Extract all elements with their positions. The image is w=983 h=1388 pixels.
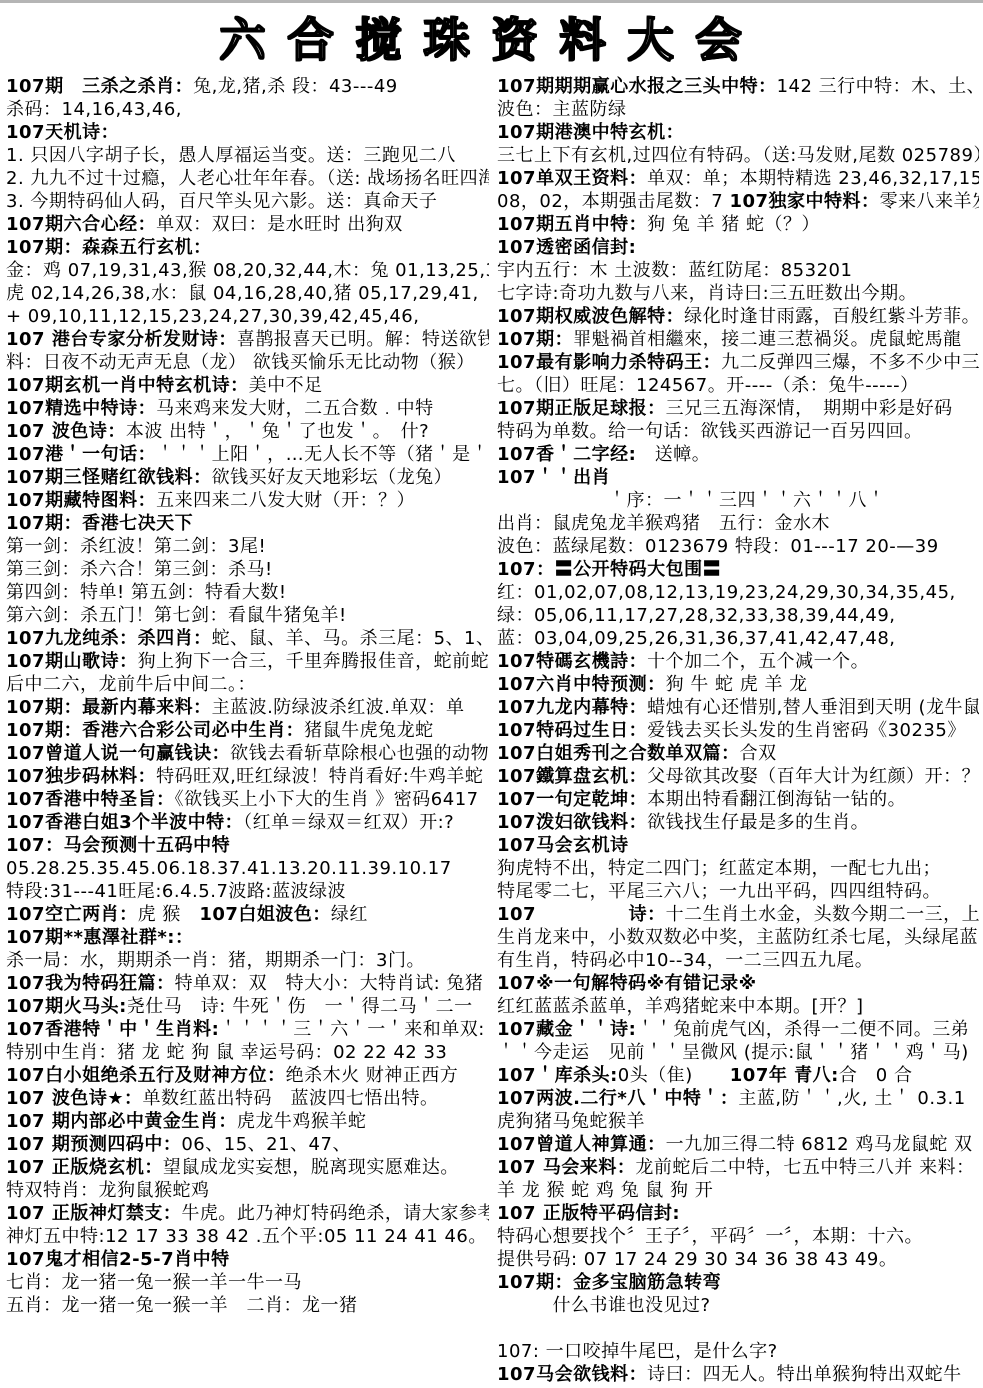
line-heading: 107 波色诗： [6, 421, 126, 442]
line-text: 绿化时逢甘雨露，百般红紫斗芳菲。 [684, 306, 979, 327]
line-text: 美中不足 [249, 375, 323, 396]
text-line: 107期权威波色解特：绿化时逢甘雨露，百般红紫斗芳菲。 [497, 305, 979, 328]
text-line: 107期 三杀之杀肖：兔,龙,猪,杀 段：43---49 [6, 75, 489, 98]
line-heading: 107 期预测四码中： [6, 1134, 181, 1155]
line-heading: 107九龙纯杀：杀四肖： [6, 628, 212, 649]
text-line: 107期：最新内幕来料：主蓝波.防绿波杀红波.单双：单 [6, 696, 489, 719]
line-text: 九二反弹四三爆，不多不少中三 [721, 352, 979, 373]
line-heading: 107 正版烧玄机： [6, 1157, 163, 1178]
line-heading: 107九龙内幕特： [497, 697, 647, 718]
text-line: 107白小姐绝杀五行及财神方位：绝杀木火 财神正西方 [6, 1064, 489, 1087]
line-heading: 107期 三杀之杀肖： [6, 76, 193, 97]
line-text: 合双 [740, 743, 777, 764]
text-line: 107两波.二行*八＇中特＇：主蓝,防＇＇,火, 土＇ 0.3.1 [497, 1087, 979, 1110]
line-text: 绝杀木火 财神正西方 [286, 1065, 459, 1086]
line-heading: 107香港白姐3个半波中特： [6, 812, 243, 833]
text-line: 生肖龙来中，小数双数必中奖，主蓝防红杀七尾，头绿尾蓝 [497, 926, 979, 949]
line-text: 特别中生肖：猪 龙 蛇 狗 鼠 幸运号码：02 22 42 33 [6, 1042, 447, 1063]
line-heading: 107曾道人神算通： [497, 1134, 666, 1155]
line-text: 狗上狗下一合三，千里奔腾报佳音，蛇前蛇 [138, 651, 489, 672]
line-text: 142 三行中特：木、土、金 [777, 76, 979, 97]
line-text: 欲钱找生仔最是多的生肖。 [647, 812, 869, 833]
line-text: 特码旺双,旺红绿波！特肖看好:牛鸡羊蛇 [156, 766, 483, 787]
text-line: 107 期内部必中黄金生肖：虎龙牛鸡猴羊蛇 [6, 1110, 489, 1133]
text-line: 红：01,02,07,08,12,13,19,23,24,29,30,34,35… [497, 581, 979, 604]
line-text: 3. 今期特码仙人码，百尺竿头见六影。送：真命天子 [6, 191, 437, 212]
text-line: 107期港澳中特玄机： [497, 121, 979, 144]
line-text: 特码为单数。给一句话：欲钱买西游记一百另四回。 [497, 421, 923, 442]
line-heading: 107：〓公开特码大包围〓 [497, 559, 721, 580]
text-line: 107期期期赢心水报之三头中特：142 三行中特：木、土、金 [497, 75, 979, 98]
line-text: 杀码：14,16,43,46, [6, 99, 182, 120]
text-line: 107港＇一句话：＇＇＇上阳＇，…无人长不等（猪＇是＇） [6, 443, 489, 466]
line-text: 五肖：龙一猪一兔一猴一羊 二肖：龙一猪 [6, 1295, 358, 1316]
text-line: 107特码过生日：爱钱去买长头发的生肖密码《30235》 [497, 719, 979, 742]
line-text: 有生肖，特码必中10--34，一二三四五九尾。 [497, 950, 873, 971]
line-text: 虎狗猪马兔蛇猴羊 [497, 1111, 645, 1132]
line-heading: 107白姐秀刊之合数单双篇： [497, 743, 740, 764]
text-line: 107期山歌诗：狗上狗下一合三，千里奔腾报佳音，蛇前蛇 [6, 650, 489, 673]
text-line: 107香港中特圣旨：《欲钱买上小下大的生肖 》密码6417 [6, 788, 489, 811]
text-line: 第四剑：特单! 第五剑：特看大数! [6, 581, 489, 604]
line-text: 欲钱去看斩草除根心也强的动物。 [230, 743, 489, 764]
text-line: 107马会欲钱料：诗曰：四无人。特出单猴狗特出双蛇牛 [497, 1363, 979, 1386]
line-heading: 107 港台专家分析发财诗： [6, 329, 237, 350]
line-heading: 107期： [497, 329, 573, 350]
text-line: 107一句定乾坤：本期出特看翻江倒海钻一钻的。 [497, 788, 979, 811]
text-line: 后中二六，龙前牛后中间二。： [6, 673, 489, 696]
text-line: 107期**惠澤社群*:： [6, 926, 489, 949]
line-text: 本波 出特＇，＇兔＇了也发＇。 什? [126, 421, 429, 442]
text-line: 107泼妇欲钱料：欲钱找生仔最是多的生肖。 [497, 811, 979, 834]
line-text: 2. 九九不过十过瘾，人老心壮年年春。（送: 战场扬名旺四海） [6, 168, 489, 189]
text-line: 107香港特＇中＇生肖料:＇＇＇＇三＇六＇一＇来和单双: 单 [6, 1018, 489, 1041]
line-text: 宇内五行：木 土波数：蓝红防尾：853201 [497, 260, 852, 281]
text-line: 107: 一口咬掉牛尾巴，是什么字? [497, 1340, 979, 1363]
line-heading: 107期正版足球报： [497, 398, 666, 419]
text-line: 107最有影响力杀特码王：九二反弹四三爆，不多不少中三 [497, 351, 979, 374]
line-heading: 107两波.二行*八＇中特＇： [497, 1088, 738, 1109]
line-text: 特双特肖：龙狗鼠猴蛇鸡 [6, 1180, 210, 1201]
line-heading: 107期藏特图料： [6, 490, 156, 511]
line-text: 尧仕马 诗: 牛死＇伤 一＇得二马＇二一 [127, 996, 473, 1017]
text-line: 羊 龙 猴 蛇 鸡 兔 鼠 狗 开 [497, 1179, 979, 1202]
line-heading: 107香港中特圣旨： [6, 789, 175, 810]
line-text: 第一剑：杀红波！第二剑：3尾! [6, 536, 266, 557]
text-line: 五肖：龙一猪一兔一猴一羊 二肖：龙一猪 [6, 1294, 489, 1317]
line-heading: 107白小姐绝杀五行及财神方位： [6, 1065, 286, 1086]
text-line: 107六肖中特预测：狗 牛 蛇 虎 羊 龙 [497, 673, 979, 696]
text-line: 特段:31---41旺尾:6.4.5.7波路:蓝波绿波 [6, 880, 489, 903]
line-heading: 107期：森森五行玄机： [6, 237, 212, 258]
line-heading: 107＇库杀头: [497, 1065, 618, 1086]
line-text: 05.28.25.35.45.06.18.37.41.13.20.11.39.1… [6, 858, 452, 879]
line-heading: 107：马会预测十五码中特 [6, 835, 230, 856]
line-heading: 107＇＇出肖 [497, 467, 610, 488]
line-text: 罪魁禍首相繼來，接二連三惹禍災。虎鼠蛇馬龍 [573, 329, 962, 350]
line-heading: 107期五肖中特： [497, 214, 647, 235]
text-line: 特码心想要找个〞王子〞，平码〞一〞，本期：十六。 [497, 1225, 979, 1248]
line-text: ＇＇兔前虎气凶，杀得一二便不同。三弟 [636, 1019, 969, 1040]
text-line: 宇内五行：木 土波数：蓝红防尾：853201 [497, 259, 979, 282]
text-line: 七肖：龙一猪一兔一猴一羊一牛一马 [6, 1271, 489, 1294]
text-line: 107 正版神灯禁支：牛虎。此乃神灯特码绝杀，请大家参考! [6, 1202, 489, 1225]
text-line: 107曾道人神算通：一九加三得二特 6812 鸡马龙鼠蛇 双 [497, 1133, 979, 1156]
text-line: 107期六合心经：单双：双曰：是水旺时 出狗双 [6, 213, 489, 236]
line-text: 生肖龙来中，小数双数必中奖，主蓝防红杀七尾，头绿尾蓝 [497, 927, 978, 948]
text-line: 料：日夜不动无声无息（龙） 欲钱买愉乐无比动物（猴） [6, 351, 489, 374]
line-text: 单数红蓝出特码 蓝波四七悟出特。 [142, 1088, 438, 1109]
text-line: 107 波色诗：本波 出特＇，＇兔＇了也发＇。 什? [6, 420, 489, 443]
line-text: ＇＇＇＇三＇六＇一＇来和单双: 单 [219, 1019, 489, 1040]
line-text: 父母欲其改娶（百年大计为红颜）开：？ [647, 766, 979, 787]
text-line: 107 正版烧玄机：望鼠成龙实妄想，脱离现实愿难达。 [6, 1156, 489, 1179]
line-text: 七字诗:奇功九数与八来，肖诗曰:三五旺数出今期。 [497, 283, 917, 304]
text-line: 107单双王资料：单双：单；本期特精选 23,46,32,17,15, [497, 167, 979, 190]
line-heading: 107 马会来料： [497, 1157, 635, 1178]
line-text: 三兄三五海深情， 期期中彩是好码 [666, 398, 953, 419]
text-line [497, 1317, 979, 1340]
text-line: 107鬼才相信2-5-7肖中特 [6, 1248, 489, 1271]
line-heading: 107曾道人说一句赢钱诀： [6, 743, 230, 764]
text-line: 107 马会来料：龙前蛇后二中特，七五中特三八并 来料： [497, 1156, 979, 1179]
line-text: 七。（旧）旺尾：124567。开----（杀：兔牛-----） [497, 375, 919, 396]
line-text: + 09,10,11,12,15,23,24,27,30,39,42,45,46… [6, 306, 419, 327]
line-text: ＇＇＇上阳＇，…无人长不等（猪＇是＇） [156, 444, 489, 465]
line-heading: 107泼妇欲钱料： [497, 812, 647, 833]
text-line: 杀一局：水，期期杀一肖：猪，期期杀一门：3门。 [6, 949, 489, 972]
text-line: 什么书谁也没见过? [497, 1294, 979, 1317]
tipsheet-page: 六合搅珠资料大会 107期 三杀之杀肖：兔,龙,猪,杀 段：43---49杀码：… [0, 0, 983, 1388]
text-line: 107期正版足球报：三兄三五海深情， 期期中彩是好码 [497, 397, 979, 420]
text-line: 107白姐秀刊之合数单双篇：合双 [497, 742, 979, 765]
line-text: 绿红 [331, 904, 368, 925]
text-line: 提供号码: 07 17 24 29 30 34 36 38 43 49。 [497, 1248, 979, 1271]
text-line: 107特碼玄機詩：十个加二个，五个减一个。 [497, 650, 979, 673]
line-text: 单双：单；本期特精选 23,46,32,17,15, [647, 168, 979, 189]
line-heading: 107港＇一句话： [6, 444, 156, 465]
text-line: 蓝：03,04,09,25,26,31,36,37,41,42,47,48, [497, 627, 979, 650]
line-text: 《欲钱买上小下大的生肖 》密码6417 [175, 789, 479, 810]
text-line: 波色：主蓝防绿 [497, 98, 979, 121]
line-text: 望鼠成龙实妄想，脱离现实愿难达。 [163, 1157, 459, 1178]
text-line: 3. 今期特码仙人码，百尺竿头见六影。送：真命天子 [6, 190, 489, 213]
line-text: 提供号码: 07 17 24 29 30 34 36 38 43 49。 [497, 1249, 897, 1270]
line-text: 蛇、鼠、羊、马。杀三尾：5、1、8。 [212, 628, 489, 649]
text-line: 05.28.25.35.45.06.18.37.41.13.20.11.39.1… [6, 857, 489, 880]
line-heading: 107藏金＇＇诗: [497, 1019, 636, 1040]
text-line: 107曾道人说一句赢钱诀：欲钱去看斩草除根心也强的动物。 [6, 742, 489, 765]
line-text: 马来鸡来发大财，二五合数﹒中特 [156, 398, 434, 419]
line-text: 龙前蛇后二中特，七五中特三八并 来料： [635, 1157, 974, 1178]
line-text: 第六剑：杀五门！第七剑：看鼠牛猪兔羊! [6, 605, 347, 626]
line-text: 牛虎。此乃神灯特码绝杀，请大家参考! [181, 1203, 489, 1224]
line-text: 料：日夜不动无声无息（龙） 欲钱买愉乐无比动物（猴） [6, 352, 475, 373]
line-heading: 107期六合心经： [6, 214, 156, 235]
line-text: 神灯五中特:12 17 33 38 42 .五个平:05 11 24 41 46… [6, 1226, 487, 1247]
line-text: 虎 02,14,26,38,水：鼠 04,16,28,40,猪 05,17,29… [6, 283, 479, 304]
line-text: 爱钱去买长头发的生肖密码《30235》 [647, 720, 966, 741]
text-line: 107马会玄机诗 [497, 834, 979, 857]
line-text: 狗 兔 羊 猪 蛇（？） [647, 214, 820, 235]
line-text: 后中二六，龙前牛后中间二。： [6, 674, 256, 695]
text-line: 三七上下有玄机,过四位有特码。（送:马发财,尾数 025789） [497, 144, 979, 167]
text-line: 107九龙纯杀：杀四肖：蛇、鼠、羊、马。杀三尾：5、1、8。 [6, 627, 489, 650]
line-text: 零来八来羊发财 [880, 191, 979, 212]
line-text: 蓝：03,04,09,25,26,31,36,37,41,42,47,48, [497, 628, 896, 649]
line-heading: 107马会玄机诗 [497, 835, 629, 856]
line-text: 金：鸡 07,19,31,43,猴 08,20,32,44,木：兔 01,13,… [6, 260, 489, 281]
line-heading: 107期山歌诗： [6, 651, 138, 672]
line-heading: 107 诗： [497, 904, 666, 925]
line-heading: 107期权威波色解特： [497, 306, 684, 327]
line-text: 出肖：鼠虎兔龙羊猴鸡猪 五行：金水木 [497, 513, 830, 534]
line-text: 合 0 合 [839, 1065, 913, 1086]
line-text: 欲钱买好友天地彩坛（龙兔） [212, 467, 453, 488]
line-heading: 107独家中特料： [729, 191, 879, 212]
line-heading: 107期：最新内幕来料： [6, 697, 212, 718]
line-text: 1. 只因八字胡子长，愚人厚福运当变。送：三跑见二八 [6, 145, 456, 166]
line-heading: 107期：香港六合彩公司必中生肖： [6, 720, 304, 741]
line-text: 送幛。 [636, 444, 710, 465]
text-line: 107期：香港六合彩公司必中生肖：猪鼠牛虎兔龙蛇 [6, 719, 489, 742]
line-text: 特单双：双 特大小：大特肖试: 兔猪 [175, 973, 484, 994]
text-line: + 09,10,11,12,15,23,24,27,30,39,42,45,46… [6, 305, 489, 328]
line-heading: 107 正版特平码信封: [497, 1203, 680, 1224]
line-text: 波色：蓝绿尾数：0123679 特段：01---17 20-—39 [497, 536, 939, 557]
line-text: 杀一局：水，期期杀一肖：猪，期期杀一门：3门。 [6, 950, 425, 971]
text-line: 金：鸡 07,19,31,43,猴 08,20,32,44,木：兔 01,13,… [6, 259, 489, 282]
line-heading: 107期：金多宝脑筋急转弯 [497, 1272, 721, 1293]
text-line: 虎狗猪马兔蛇猴羊 [497, 1110, 979, 1133]
text-line: 107 期预测四码中：06、15、21、47、 [6, 1133, 489, 1156]
text-line: 107藏金＇＇诗:＇＇兔前虎气凶，杀得一二便不同。三弟 [497, 1018, 979, 1041]
line-heading: 107期：香港七决天下 [6, 513, 193, 534]
text-line: 107期玄机一肖中特玄机诗：美中不足 [6, 374, 489, 397]
line-text: 特尾零二七，平尾三六八；一九出平码，四四组特码。 [497, 881, 941, 902]
line-text: 兔,龙,猪,杀 段：43---49 [193, 76, 398, 97]
text-line: 1. 只因八字胡子长，愚人厚福运当变。送：三跑见二八 [6, 144, 489, 167]
line-text: 蜡烛有心还惜别,替人垂泪到天明 (龙牛鼠羊) [647, 697, 979, 718]
line-text: 十个加二个，五个减一个。 [647, 651, 869, 672]
line-text: 特段:31---41旺尾:6.4.5.7波路:蓝波绿波 [6, 881, 346, 902]
line-text: 107: 一口咬掉牛尾巴，是什么字? [497, 1341, 778, 1362]
text-line: 107香港白姐3个半波中特：（红单＝绿双＝红双）开:? [6, 811, 489, 834]
text-line: 107透密函信封: [497, 236, 979, 259]
line-heading: 107年 青八: [730, 1065, 839, 1086]
line-text: 猪鼠牛虎兔龙蛇 [304, 720, 434, 741]
text-line: 第三剑：杀六合！第三剑：杀马! [6, 558, 489, 581]
line-text: 十二生肖土水金，头数今期二一三，上期 [666, 904, 979, 925]
line-text: 七肖：龙一猪一兔一猴一羊一牛一马 [6, 1272, 302, 1293]
text-line: 107独步码林料：特码旺双,旺红绿波！特肖看好:牛鸡羊蛇 [6, 765, 489, 788]
text-line: 波色：蓝绿尾数：0123679 特段：01---17 20-—39 [497, 535, 979, 558]
line-heading: 107香＇二字经: [497, 444, 636, 465]
columns-wrapper: 107期 三杀之杀肖：兔,龙,猪,杀 段：43---49杀码：14,16,43,… [0, 73, 983, 1386]
text-line: 107香＇二字经: 送幛。 [497, 443, 979, 466]
line-heading: 107特码过生日： [497, 720, 647, 741]
line-text: 绿：05,06,11,17,27,28,32,33,38,39,44,49, [497, 605, 896, 626]
line-text: 单双：双曰：是水旺时 出狗双 [156, 214, 403, 235]
line-text: 06、15、21、47、 [181, 1134, 351, 1155]
text-line: 107期五肖中特：狗 兔 羊 猪 蛇（？） [497, 213, 979, 236]
left-column: 107期 三杀之杀肖：兔,龙,猪,杀 段：43---49杀码：14,16,43,… [6, 75, 495, 1386]
line-heading: 107鬼才相信2-5-7肖中特 [6, 1249, 230, 1270]
line-text: 主蓝,防＇＇,火, 土＇ 0.3.1 [738, 1088, 965, 1109]
line-heading: 107马会欲钱料： [497, 1364, 647, 1385]
line-text: 三七上下有玄机,过四位有特码。（送:马发财,尾数 025789） [497, 145, 979, 166]
text-line: 107＇＇出肖 [497, 466, 979, 489]
line-heading: 107※一句解特码※有错记录※ [497, 973, 757, 994]
text-line: 七。（旧）旺尾：124567。开----（杀：兔牛-----） [497, 374, 979, 397]
line-heading: 107透密函信封: [497, 237, 636, 258]
line-heading: 107香港特＇中＇生肖料: [6, 1019, 219, 1040]
line-text: 五来四来二八发大财（开：？） [156, 490, 415, 511]
line-heading: 107精选中特诗： [6, 398, 156, 419]
text-line: 107精选中特诗：马来鸡来发大财，二五合数﹒中特 [6, 397, 489, 420]
text-line: 107空亡两肖：虎 猴 107白姐波色：绿红 [6, 903, 489, 926]
line-text: 0头（隹) [618, 1065, 730, 1086]
line-text: 主蓝波.防绿波杀红波.单双：单 [212, 697, 465, 718]
text-line: 绿：05,06,11,17,27,28,32,33,38,39,44,49, [497, 604, 979, 627]
text-line: 107：马会预测十五码中特 [6, 834, 489, 857]
line-text: ＇序：一＇＇三四＇＇六＇＇八＇ [497, 490, 886, 511]
text-line: 第一剑：杀红波！第二剑：3尾! [6, 535, 489, 558]
line-heading: 107期三怪赌红欲钱料： [6, 467, 212, 488]
text-line: 红红蓝蓝杀蓝单，羊鸡猪蛇来中本期。[开？] [497, 995, 979, 1018]
line-text: 什么书谁也没见过? [497, 1295, 711, 1316]
line-heading: 107 正版神灯禁支： [6, 1203, 181, 1224]
text-line: 107 诗：十二生肖土水金，头数今期二一三，上期 [497, 903, 979, 926]
text-line: 107期：森森五行玄机： [6, 236, 489, 259]
text-line: 107※一句解特码※有错记录※ [497, 972, 979, 995]
line-text: 喜鹊报喜天已明。解：特送欲钱 [237, 329, 489, 350]
text-line: 虎 02,14,26,38,水：鼠 04,16,28,40,猪 05,17,29… [6, 282, 489, 305]
line-heading: 107白姐波色： [199, 904, 331, 925]
line-heading: 107期火马头: [6, 996, 127, 1017]
line-text: 狗 牛 蛇 虎 羊 龙 [666, 674, 808, 695]
text-line: 狗虎特不出，特定二四门；红蓝定本期，一配七九出； [497, 857, 979, 880]
line-heading: 107期期期赢心水报之三头中特： [497, 76, 777, 97]
line-text: ＇＇今走运 见前＇＇呈微风 (提示:鼠＇＇猪＇＇鸡＇马) [497, 1042, 969, 1063]
line-heading: 107最有影响力杀特码王： [497, 352, 721, 373]
text-line: 特尾零二七，平尾三六八；一九出平码，四四组特码。 [497, 880, 979, 903]
line-text: 08，02，本期强击尾数：7 [497, 191, 729, 212]
text-line: 107我为特码狂篇：特单双：双 特大小：大特肖试: 兔猪 [6, 972, 489, 995]
line-heading: 107天机诗： [6, 122, 119, 143]
line-heading: 107期港澳中特玄机： [497, 122, 684, 143]
text-line: 107 波色诗★：单数红蓝出特码 蓝波四七悟出特。 [6, 1087, 489, 1110]
line-heading: 107单双王资料： [497, 168, 647, 189]
line-heading: 107期**惠澤社群*:： [6, 927, 194, 948]
line-text: 第四剑：特单! 第五剑：特看大数! [6, 582, 287, 603]
line-heading: 107一句定乾坤： [497, 789, 647, 810]
text-line: 107鐵算盘玄机：父母欲其改娶（百年大计为红颜）开：？ [497, 765, 979, 788]
text-line: 出肖：鼠虎兔龙羊猴鸡猪 五行：金水木 [497, 512, 979, 535]
text-line: 107期火马头:尧仕马 诗: 牛死＇伤 一＇得二马＇二一 [6, 995, 489, 1018]
text-line: 08，02，本期强击尾数：7 107独家中特料：零来八来羊发财 [497, 190, 979, 213]
text-line: 107＇库杀头:0头（隹) 107年 青八:合 0 合 [497, 1064, 979, 1087]
line-text: 红红蓝蓝杀蓝单，羊鸡猪蛇来中本期。[开？] [497, 996, 864, 1017]
line-heading: 107空亡两肖： [6, 904, 138, 925]
line-text: 本期出特看翻江倒海钻一钻的。 [647, 789, 906, 810]
line-heading: 107我为特码狂篇： [6, 973, 175, 994]
text-line: 七字诗:奇功九数与八来，肖诗曰:三五旺数出今期。 [497, 282, 979, 305]
text-line: 107九龙内幕特：蜡烛有心还惜别,替人垂泪到天明 (龙牛鼠羊) [497, 696, 979, 719]
text-line: 特双特肖：龙狗鼠猴蛇鸡 [6, 1179, 489, 1202]
text-line: ＇＇今走运 见前＇＇呈微风 (提示:鼠＇＇猪＇＇鸡＇马) [497, 1041, 979, 1064]
line-text: 狗虎特不出，特定二四门；红蓝定本期，一配七九出； [497, 858, 941, 879]
text-line: 神灯五中特:12 17 33 38 42 .五个平:05 11 24 41 46… [6, 1225, 489, 1248]
text-line: 107 港台专家分析发财诗：喜鹊报喜天已明。解：特送欲钱 [6, 328, 489, 351]
line-heading: 107 波色诗★： [6, 1088, 142, 1109]
line-heading: 107鐵算盘玄机： [497, 766, 647, 787]
line-heading: 107六肖中特预测： [497, 674, 666, 695]
line-heading: 107独步码林料： [6, 766, 156, 787]
text-line: 107期：罪魁禍首相繼來，接二連三惹禍災。虎鼠蛇馬龍 [497, 328, 979, 351]
line-text: 诗曰：四无人。特出单猴狗特出双蛇牛 [647, 1364, 962, 1385]
text-line: 2. 九九不过十过瘾，人老心壮年年春。（送: 战场扬名旺四海） [6, 167, 489, 190]
text-line: 107期三怪赌红欲钱料：欲钱买好友天地彩坛（龙兔） [6, 466, 489, 489]
line-text: 羊 龙 猴 蛇 鸡 兔 鼠 狗 开 [497, 1180, 713, 1201]
line-text: 特码心想要找个〞王子〞，平码〞一〞，本期：十六。 [497, 1226, 923, 1247]
text-line: ＇序：一＇＇三四＇＇六＇＇八＇ [497, 489, 979, 512]
line-heading: 107期玄机一肖中特玄机诗： [6, 375, 249, 396]
line-heading: 107特碼玄機詩： [497, 651, 647, 672]
text-line: 特别中生肖：猪 龙 蛇 狗 鼠 幸运号码：02 22 42 33 [6, 1041, 489, 1064]
line-text: 第三剑：杀六合！第三剑：杀马! [6, 559, 273, 580]
line-text: （红单＝绿双＝红双）开:? [243, 812, 454, 833]
text-line: 特码为单数。给一句话：欲钱买西游记一百另四回。 [497, 420, 979, 443]
page-title: 六合搅珠资料大会 [0, 3, 983, 73]
text-line: 107期：金多宝脑筋急转弯 [497, 1271, 979, 1294]
text-line: 107期藏特图料：五来四来二八发大财（开：？） [6, 489, 489, 512]
line-text: 红：01,02,07,08,12,13,19,23,24,29,30,34,35… [497, 582, 956, 603]
text-line: 107：〓公开特码大包围〓 [497, 558, 979, 581]
line-text: 一九加三得二特 6812 鸡马龙鼠蛇 双 [666, 1134, 973, 1155]
text-line: 107期：香港七决天下 [6, 512, 489, 535]
line-text: 虎 猴 [138, 904, 200, 925]
line-text: 波色：主蓝防绿 [497, 99, 627, 120]
line-heading: 107 期内部必中黄金生肖： [6, 1111, 237, 1132]
text-line: 107 正版特平码信封: [497, 1202, 979, 1225]
text-line: 107天机诗： [6, 121, 489, 144]
text-line: 杀码：14,16,43,46, [6, 98, 489, 121]
text-line: 第六剑：杀五门！第七剑：看鼠牛猪兔羊! [6, 604, 489, 627]
right-column: 107期期期赢心水报之三头中特：142 三行中特：木、土、金波色：主蓝防绿107… [495, 75, 979, 1386]
text-line: 有生肖，特码必中10--34，一二三四五九尾。 [497, 949, 979, 972]
line-text: 虎龙牛鸡猴羊蛇 [237, 1111, 367, 1132]
